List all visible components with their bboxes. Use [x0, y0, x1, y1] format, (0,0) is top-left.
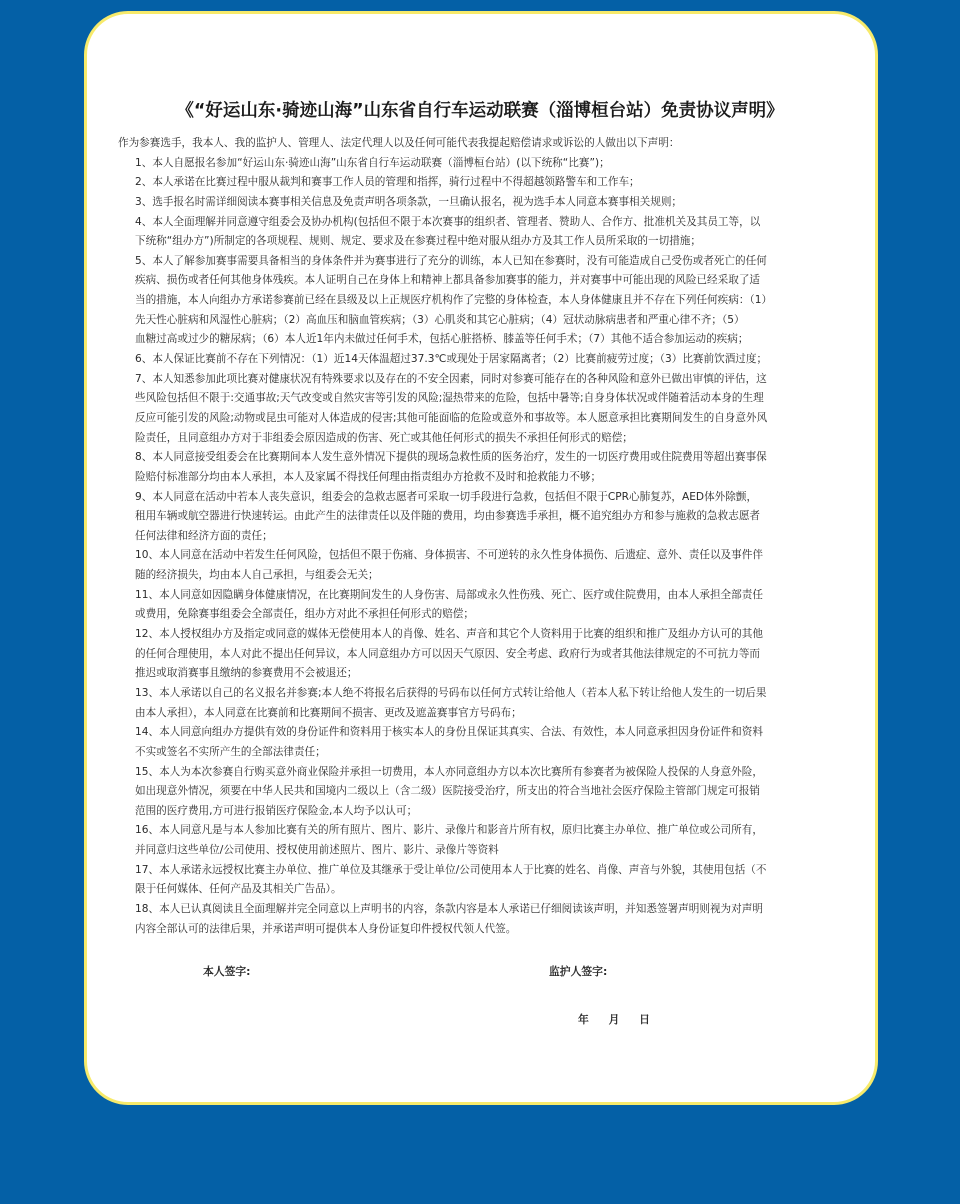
clause-line: 14、本人同意向组办方提供有效的身份证件和资料用于核实本人的身份且保证其真实、合… [135, 723, 823, 743]
clause-line: 2、本人承诺在比赛过程中服从裁判和赛事工作人员的管理和指挥，骑行过程中不得超越领… [135, 173, 823, 193]
clause-line: 4、本人全面理解并同意遵守组委会及协办机构(包括但不限于本次赛事的组织者、管理者… [135, 213, 823, 233]
clause-line: 1、本人自愿报名参加“好运山东·骑迹山海”山东省自行车运动联赛（淄博桓台站）(以… [135, 154, 823, 174]
clause-line: 11、本人同意如因隐瞒身体健康情况，在比赛期间发生的人身伤害、局部或永久性伤残、… [135, 586, 823, 606]
date-field: 年 月 日 [578, 1012, 660, 1027]
guardian-signature-label: 监护人签字: [549, 964, 607, 979]
clause-line: 范围的医疗费用,方可进行报销医疗保险金,本人均予以认可； [135, 802, 823, 822]
clause-line: 下统称“组办方”)所制定的各项规程、规则、规定、要求及在参赛过程中绝对服从组办方… [135, 232, 823, 252]
clause-item: 7、本人知悉参加此项比赛对健康状况有特殊要求以及存在的不安全因素，同时对参赛可能… [118, 370, 823, 449]
document-title: 《“好运山东·骑迹山海”山东省自行车运动联赛（淄博桓台站）免责协议声明》 [0, 97, 960, 122]
date-month: 月 [609, 1012, 620, 1027]
clause-item: 13、本人承诺以自己的名义报名并参赛;本人绝不将报名后获得的号码布以任何方式转让… [118, 684, 823, 723]
clause-line: 反应可能引发的风险;动物或昆虫可能对人体造成的侵害;其他可能面临的危险或意外和事… [135, 409, 823, 429]
clause-line: 8、本人同意接受组委会在比赛期间本人发生意外情况下提供的现场急救性质的医务治疗，… [135, 448, 823, 468]
clause-line: 7、本人知悉参加此项比赛对健康状况有特殊要求以及存在的不安全因素，同时对参赛可能… [135, 370, 823, 390]
clause-line: 推迟或取消赛事且缴纳的参赛费用不会被退还； [135, 664, 823, 684]
self-signature-label: 本人签字: [203, 964, 251, 979]
clause-line: 先天性心脏病和风湿性心脏病；（2）高血压和脑血管疾病；（3）心肌炎和其它心脏病；… [135, 311, 823, 331]
clause-line: 12、本人授权组办方及指定或同意的媒体无偿使用本人的肖像、姓名、声音和其它个人资… [135, 625, 823, 645]
clause-item: 1、本人自愿报名参加“好运山东·骑迹山海”山东省自行车运动联赛（淄博桓台站）(以… [118, 154, 823, 174]
clause-line: 或费用，免除赛事组委会全部责任，组办方对此不承担任何形式的赔偿； [135, 605, 823, 625]
clause-line: 限于任何媒体、任何产品及其相关广告品）。 [135, 880, 823, 900]
clause-line: 18、本人已认真阅读且全面理解并完全同意以上声明书的内容，条款内容是本人承诺已仔… [135, 900, 823, 920]
clause-line: 不实或签名不实所产生的全部法律责任； [135, 743, 823, 763]
date-day: 日 [639, 1012, 650, 1027]
clause-item: 14、本人同意向组办方提供有效的身份证件和资料用于核实本人的身份且保证其真实、合… [118, 723, 823, 762]
clause-item: 9、本人同意在活动中若本人丧失意识，组委会的急救志愿者可采取一切手段进行急救，包… [118, 488, 823, 547]
clause-item: 3、选手报名时需详细阅读本赛事相关信息及免责声明各项条款，一旦确认报名，视为选手… [118, 193, 823, 213]
clause-item: 18、本人已认真阅读且全面理解并完全同意以上声明书的内容，条款内容是本人承诺已仔… [118, 900, 823, 939]
clause-line: 随的经济损失，均由本人自己承担，与组委会无关； [135, 566, 823, 586]
clause-line: 内容全部认可的法律后果，并承诺声明可提供本人身份证复印件授权代领人代签。 [135, 920, 823, 940]
clause-line: 17、本人承诺永远授权比赛主办单位、推广单位及其继承于受让单位/公司使用本人于比… [135, 861, 823, 881]
clause-line: 13、本人承诺以自己的名义报名并参赛;本人绝不将报名后获得的号码布以任何方式转让… [135, 684, 823, 704]
clause-line: 5、本人了解参加赛事需要具备相当的身体条件并为赛事进行了充分的训练，本人已知在参… [135, 252, 823, 272]
clause-line: 任何法律和经济方面的责任； [135, 527, 823, 547]
clause-item: 16、本人同意凡是与本人参加比赛有关的所有照片、图片、影片、录像片和影音片所有权… [118, 821, 823, 860]
clause-line: 租用车辆或航空器进行快速转运。由此产生的法律责任以及伴随的费用，均由参赛选手承担… [135, 507, 823, 527]
clause-item: 10、本人同意在活动中若发生任何风险，包括但不限于伤痛、身体损害、不可逆转的永久… [118, 546, 823, 585]
clause-item: 5、本人了解参加赛事需要具备相当的身体条件并为赛事进行了充分的训练，本人已知在参… [118, 252, 823, 350]
clause-item: 11、本人同意如因隐瞒身体健康情况，在比赛期间发生的人身伤害、局部或永久性伤残、… [118, 586, 823, 625]
clause-line: 并同意归这些单位/公司使用、授权使用前述照片、图片、影片、录像片等资料 [135, 841, 823, 861]
clause-item: 15、本人为本次参赛自行购买意外商业保险并承担一切费用，本人亦同意组办方以本次比… [118, 763, 823, 822]
clause-line: 疾病、损伤或者任何其他身体残疾。本人证明自己在身体上和精神上都具备参加赛事的能力… [135, 271, 823, 291]
clause-line: 15、本人为本次参赛自行购买意外商业保险并承担一切费用，本人亦同意组办方以本次比… [135, 763, 823, 783]
clause-line: 血糖过高或过少的糖尿病；（6）本人近1年内未做过任何手术，包括心脏搭桥、膝盖等任… [135, 330, 823, 350]
clause-line: 当的措施，本人向组办方承诺参赛前已经在县级及以上正规医疗机构作了完整的身体检查，… [135, 291, 823, 311]
clause-line: 些风险包括但不限于:交通事故;天气改变或自然灾害等引发的风险;湿热带来的危险，包… [135, 389, 823, 409]
clause-line: 如出现意外情况，须要在中华人民共和国境内二级以上（含二级）医院接受治疗，所支出的… [135, 782, 823, 802]
clause-line: 16、本人同意凡是与本人参加比赛有关的所有照片、图片、影片、录像片和影音片所有权… [135, 821, 823, 841]
clause-item: 12、本人授权组办方及指定或同意的媒体无偿使用本人的肖像、姓名、声音和其它个人资… [118, 625, 823, 684]
clause-item: 6、本人保证比赛前不存在下列情况：（1）近14天体温超过37.3℃或现处于居家隔… [118, 350, 823, 370]
clause-line: 险责任，且同意组办方对于非组委会原因造成的伤害、死亡或其他任何形式的损失不承担任… [135, 429, 823, 449]
date-year: 年 [578, 1012, 589, 1027]
clause-item: 2、本人承诺在比赛过程中服从裁判和赛事工作人员的管理和指挥，骑行过程中不得超越领… [118, 173, 823, 193]
clause-line: 的任何合理使用，本人对此不提出任何异议，本人同意组办方可以因天气原因、安全考虑、… [135, 645, 823, 665]
clause-line: 6、本人保证比赛前不存在下列情况：（1）近14天体温超过37.3℃或现处于居家隔… [135, 350, 823, 370]
clause-line: 3、选手报名时需详细阅读本赛事相关信息及免责声明各项条款，一旦确认报名，视为选手… [135, 193, 823, 213]
clause-line: 由本人承担），本人同意在比赛前和比赛期间不损害、更改及遮盖赛事官方号码布； [135, 704, 823, 724]
document-body: 作为参赛选手，我本人、我的监护人、管理人、法定代理人以及任何可能代表我提起赔偿请… [118, 134, 823, 939]
clause-list: 1、本人自愿报名参加“好运山东·骑迹山海”山东省自行车运动联赛（淄博桓台站）(以… [118, 154, 823, 940]
clause-line: 10、本人同意在活动中若发生任何风险，包括但不限于伤痛、身体损害、不可逆转的永久… [135, 546, 823, 566]
clause-item: 17、本人承诺永远授权比赛主办单位、推广单位及其继承于受让单位/公司使用本人于比… [118, 861, 823, 900]
clause-line: 9、本人同意在活动中若本人丧失意识，组委会的急救志愿者可采取一切手段进行急救，包… [135, 488, 823, 508]
clause-item: 4、本人全面理解并同意遵守组委会及协办机构(包括但不限于本次赛事的组织者、管理者… [118, 213, 823, 252]
clause-item: 8、本人同意接受组委会在比赛期间本人发生意外情况下提供的现场急救性质的医务治疗，… [118, 448, 823, 487]
clause-line: 险赔付标准部分均由本人承担，本人及家属不得找任何理由指责组办方抢救不及时和抢救能… [135, 468, 823, 488]
intro-paragraph: 作为参赛选手，我本人、我的监护人、管理人、法定代理人以及任何可能代表我提起赔偿请… [118, 134, 823, 154]
